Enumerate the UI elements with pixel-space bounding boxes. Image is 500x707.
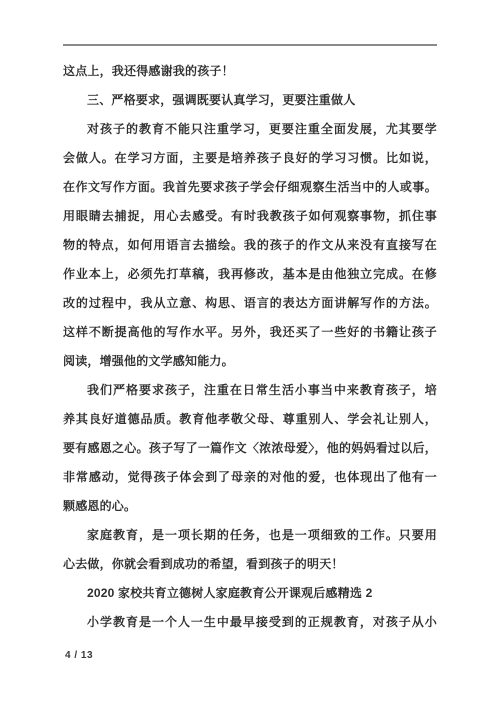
text-line: 对孩子的教育不能只注重学习，更要注重全面发展，尤其要学 (63, 115, 437, 144)
text-line: 阅读，增强他的文学感知能力。 (63, 347, 437, 376)
document-page: 这点上，我还得感谢我的孩子！三、严格要求，强调既要认真学习，更要注重做人对孩子的… (0, 0, 500, 707)
text-line: 养其良好道德品质。教育他孝敬父母、尊重别人、学会礼让别人， (63, 405, 437, 434)
header-rule (63, 44, 437, 46)
text-line: 三、严格要求，强调既要认真学习，更要注重做人 (63, 86, 437, 115)
text-line: 2020 家校共育立德树人家庭教育公开课观后感精选 2 (63, 579, 437, 608)
text-line: 作业本上，必须先打草稿，我再修改，基本是由他独立完成。在修 (63, 260, 437, 289)
text-line: 用眼睛去捕捉，用心去感受。有时我教孩子如何观察事物，抓住事 (63, 202, 437, 231)
text-line: 颗感恩的心。 (63, 492, 437, 521)
text-line: 改的过程中，我从立意、构思、语言的表达方面讲解写作的方法。 (63, 289, 437, 318)
text-line: 小学教育是一个人一生中最早接受到的正规教育，对孩子从小 (63, 608, 437, 637)
text-line: 家庭教育，是一项长期的任务，也是一项细致的工作。只要用 (63, 521, 437, 550)
text-line: 这点上，我还得感谢我的孩子！ (63, 57, 437, 86)
text-line: 非常感动，觉得孩子体会到了母亲的对他的爱，也体现出了他有一 (63, 463, 437, 492)
text-line: 物的特点，如何用语言去描绘。我的孩子的作文从来没有直接写在 (63, 231, 437, 260)
text-line: 我们严格要求孩子，注重在日常生活小事当中来教育孩子，培 (63, 376, 437, 405)
page-number: 4 / 13 (65, 650, 93, 662)
text-line: 会做人。在学习方面，主要是培养孩子良好的学习习惯。比如说， (63, 144, 437, 173)
text-line: 这样不断提高他的写作水平。另外，我还买了一些好的书籍让孩子 (63, 318, 437, 347)
text-line: 在作文写作方面。我首先要求孩子学会仔细观察生活当中的人或事。 (63, 173, 437, 202)
text-line: 要有感恩之心。孩子写了一篇作文〈浓浓母爱〉，他的妈妈看过以后， (63, 434, 437, 463)
text-line: 心去做，你就会看到成功的希望，看到孩子的明天！ (63, 550, 437, 579)
document-text-body: 这点上，我还得感谢我的孩子！三、严格要求，强调既要认真学习，更要注重做人对孩子的… (63, 57, 437, 637)
